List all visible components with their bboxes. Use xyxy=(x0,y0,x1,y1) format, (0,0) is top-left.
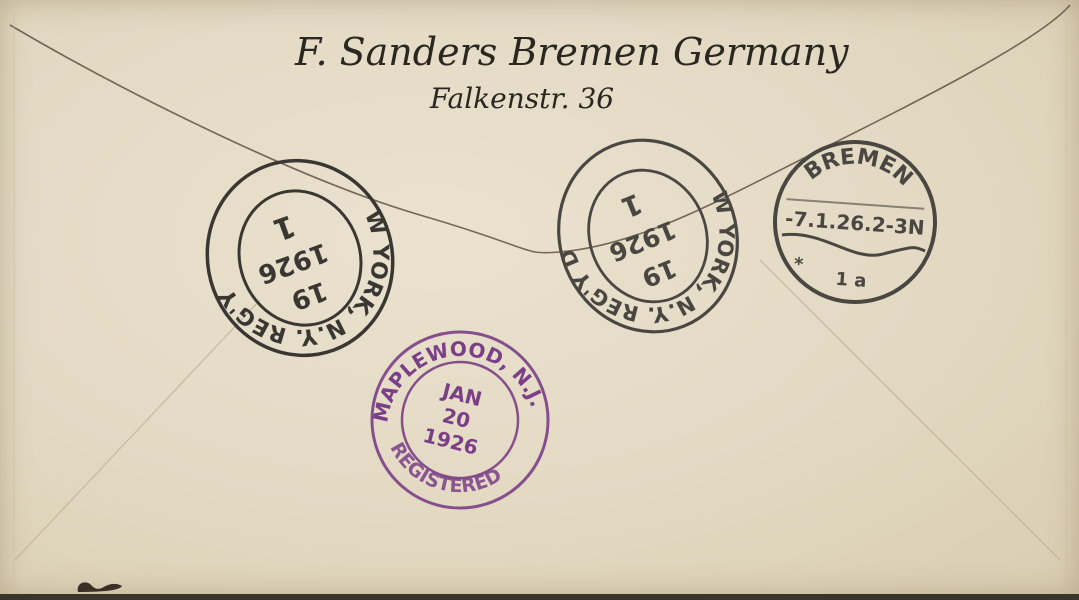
envelope-flap-lines xyxy=(0,0,1079,600)
scanner-background-edge xyxy=(0,594,1079,600)
envelope-back: F. Sanders Bremen Germany Falkenstr. 36 … xyxy=(0,0,1079,596)
ink-blot xyxy=(76,578,124,594)
